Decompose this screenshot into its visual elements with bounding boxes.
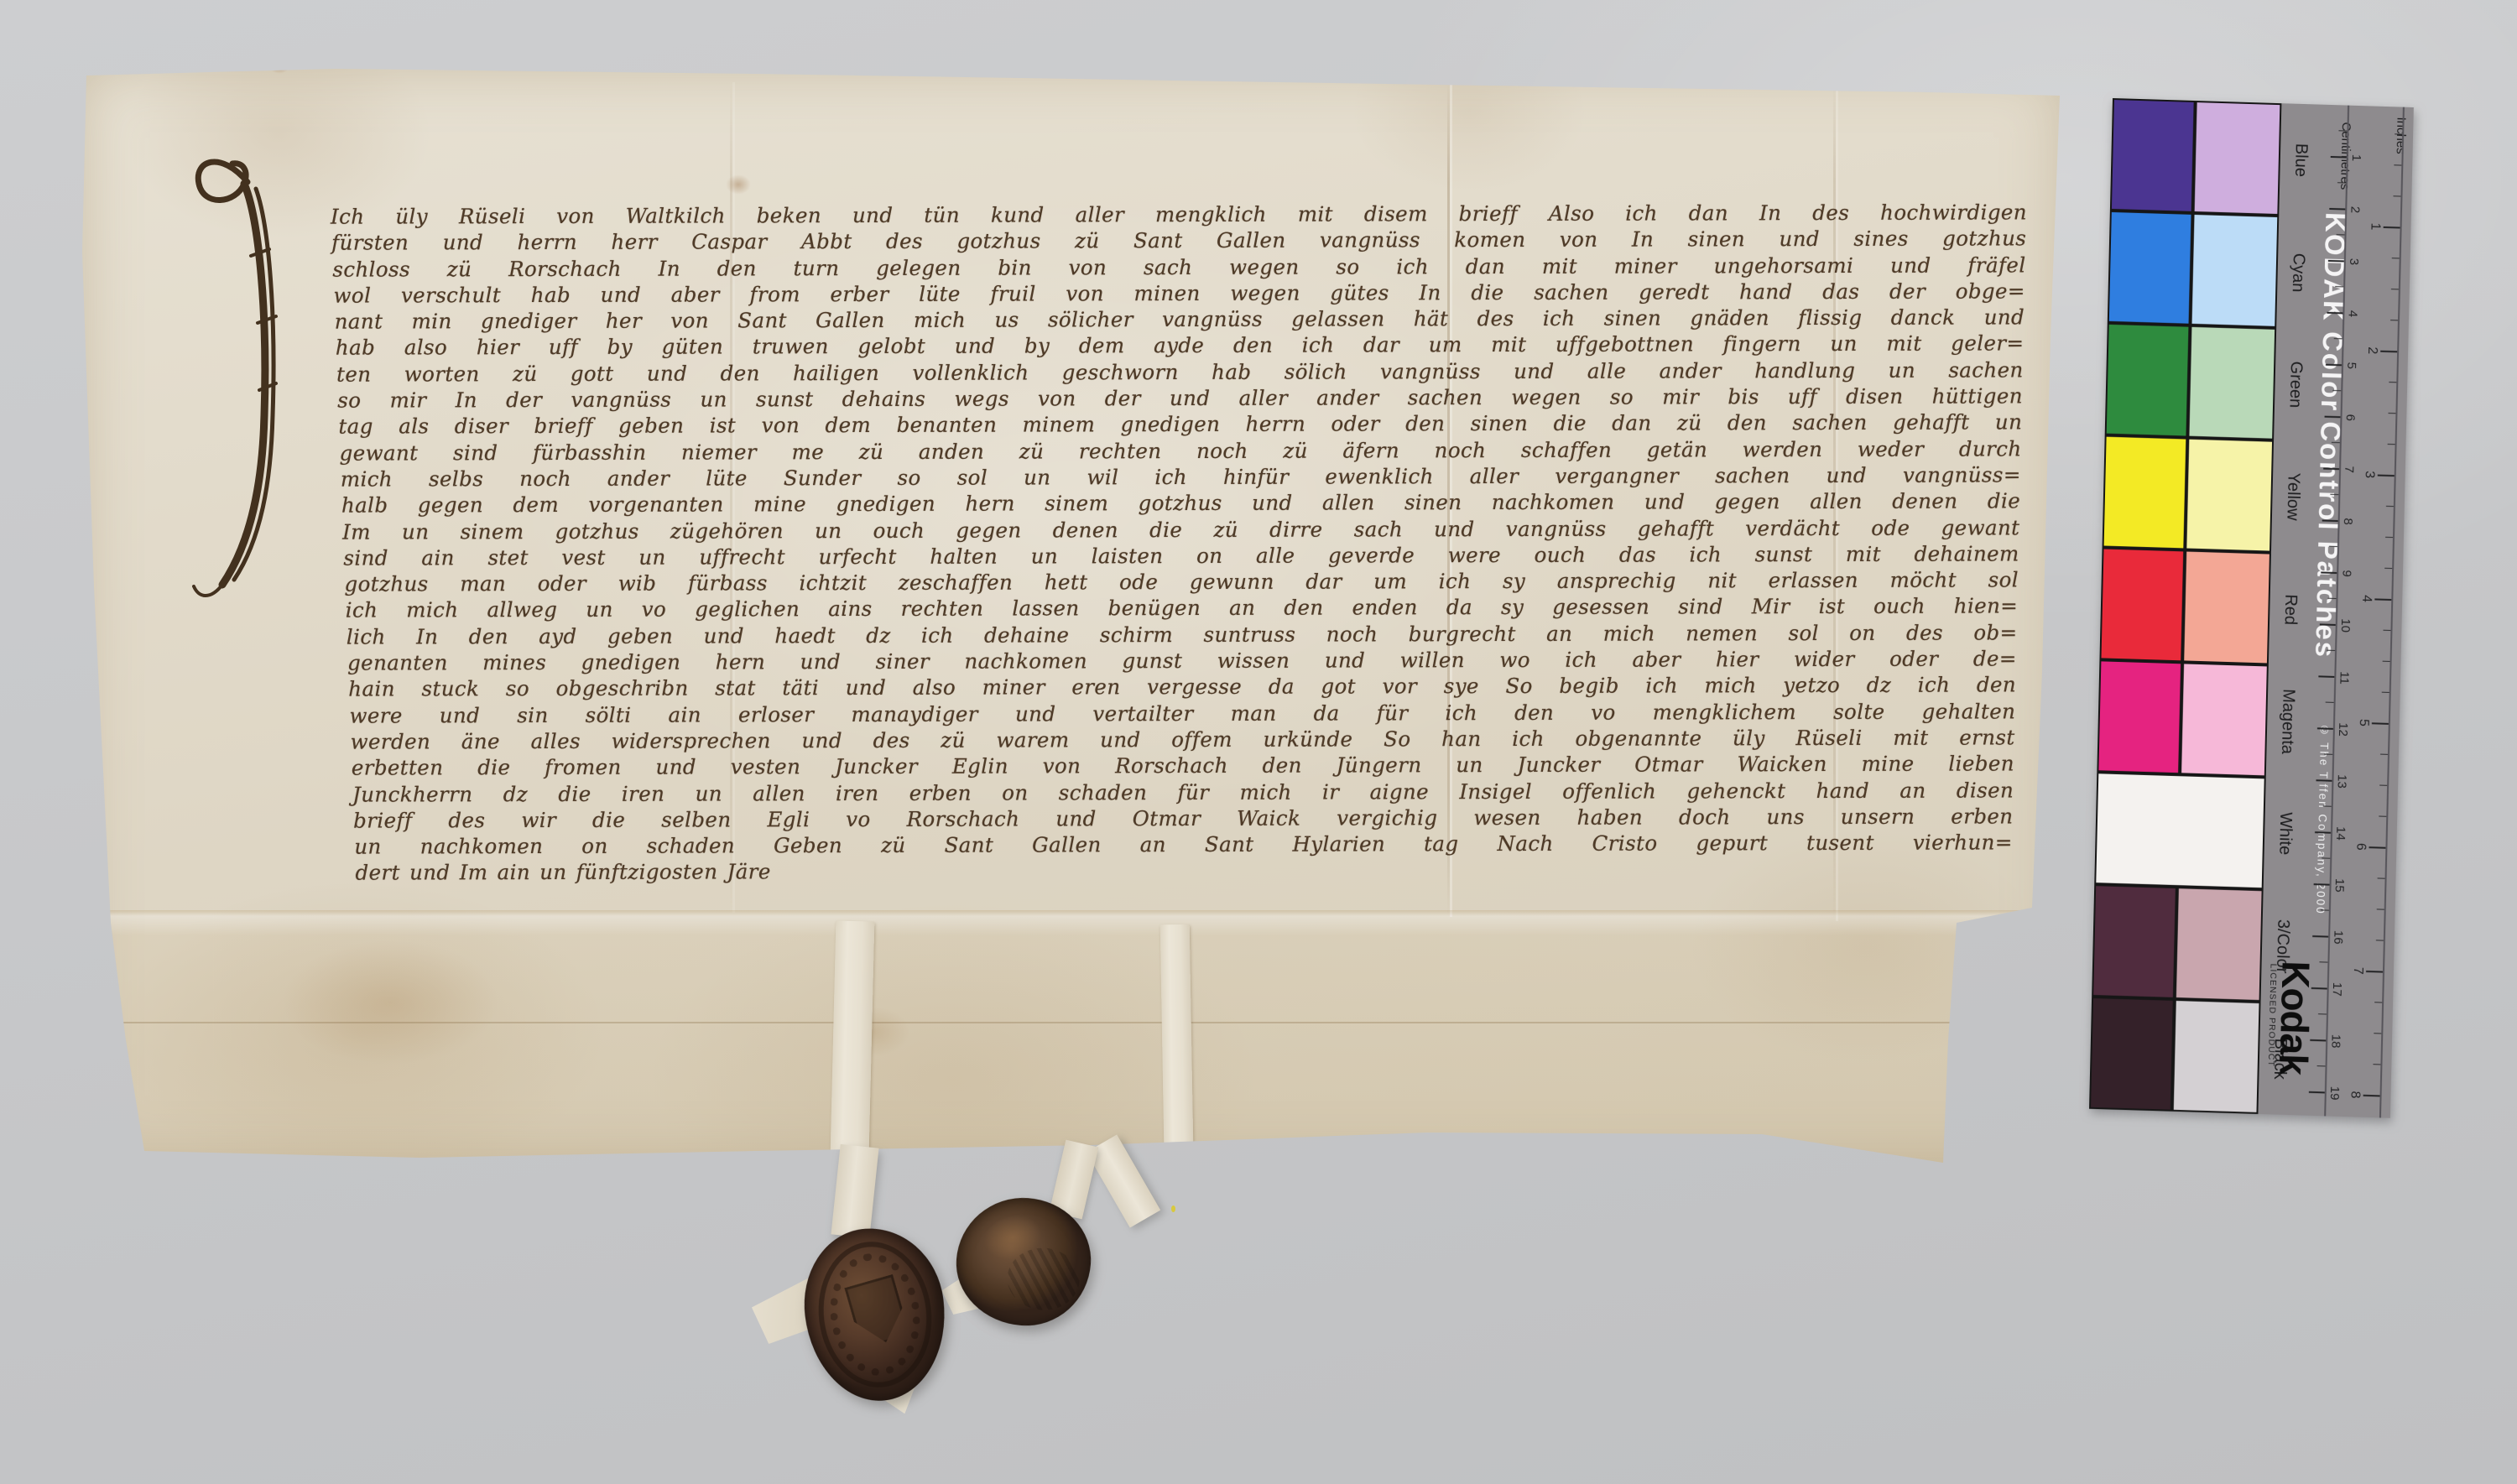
inch-quarter-tick: [2395, 133, 2402, 135]
cm-number-label: 7: [2342, 466, 2356, 474]
inch-quarter-tick: [2384, 568, 2392, 570]
inch-quarter-tick: [2388, 444, 2395, 445]
cm-number: 15: [2332, 874, 2348, 897]
cm-number: 7: [2342, 459, 2358, 482]
patch-magenta-tint: [2181, 664, 2267, 775]
cm-tick: [2309, 1091, 2325, 1093]
charter-text-line: ich mich allweg un vo geglichen ains rec…: [331, 593, 2028, 624]
patch-grid: [2089, 98, 2281, 1114]
cm-number-label: 12: [2336, 722, 2350, 737]
cm-half-tick: [2317, 1065, 2326, 1067]
cm-half-tick: [2323, 805, 2332, 807]
cm-number-label: 9: [2339, 570, 2353, 577]
seal-tag-strip-left: [831, 920, 875, 1154]
cm-number-label: 10: [2338, 618, 2353, 633]
cm-number-label: 17: [2329, 982, 2343, 997]
cm-number: 10: [2337, 615, 2353, 638]
color-name-label: Green: [2285, 361, 2305, 408]
color-name-slot-white: White: [2265, 777, 2305, 890]
patch-black-saturated: [2091, 998, 2173, 1110]
inch-number: 7: [2350, 960, 2366, 982]
cm-half-tick: [2321, 909, 2329, 911]
patch-magenta-saturated: [2098, 661, 2181, 773]
cm-half-tick: [2337, 234, 2345, 236]
cm-number-label: 4: [2345, 310, 2359, 318]
inches-label: Inches: [2391, 117, 2409, 154]
inch-quarter-tick: [2373, 1064, 2380, 1065]
color-name-label: Red: [2280, 594, 2300, 625]
cm-half-tick: [2319, 961, 2327, 963]
cm-number-label: 11: [2337, 671, 2351, 685]
inch-number-label: 3: [2362, 471, 2377, 478]
inch-number-label: 1: [2368, 222, 2383, 230]
color-name-label: Blue: [2290, 143, 2311, 178]
inch-number-label: 8: [2348, 1091, 2363, 1098]
inch-quarter-tick: [2393, 195, 2400, 197]
charter-text-line: dert und Im ain un fünftzigosten Järe: [332, 856, 2029, 887]
cm-tick: [2329, 207, 2345, 210]
inch-quarter-tick: [2379, 784, 2387, 786]
inch-quarter-tick: [2392, 258, 2400, 259]
parchment-charter: Ich üly Rüseli von Waltkilch beken und t…: [80, 67, 2064, 1166]
seal-tag-strip-right: [1160, 924, 1194, 1145]
charter-text-line: Im un sinem gotzhus zügehören un ouch ge…: [331, 514, 2028, 545]
inch-quarter-tick: [2374, 1033, 2381, 1034]
inch-number: 5: [2356, 711, 2372, 734]
charter-text-line: Junckherrn dz die iren un allen iren erb…: [332, 777, 2029, 808]
cm-half-tick: [2334, 338, 2342, 340]
inch-quarter-tick: [2374, 1002, 2382, 1003]
color-name-label: Magenta: [2277, 689, 2298, 754]
stain-spot: [726, 174, 751, 195]
cm-tick: [2318, 675, 2334, 678]
color-name-slot-yellow: Yellow: [2273, 440, 2312, 554]
cm-number-label: 6: [2342, 414, 2357, 422]
charter-text-line: were und sin sölti ain erloser manaydige…: [331, 698, 2028, 729]
cm-tick: [2312, 935, 2328, 938]
cm-number-label: 19: [2327, 1086, 2342, 1101]
patch-green-saturated: [2107, 325, 2189, 436]
cm-half-tick: [2332, 442, 2340, 444]
inch-tick: [2368, 846, 2385, 849]
inch-quarter-tick: [2391, 289, 2399, 290]
charter-text-line: hain stuck so obgeschribn stat täti und …: [331, 672, 2028, 703]
stain-spot: [1389, 62, 1407, 77]
cm-half-tick: [2326, 701, 2334, 703]
cm-number-label: 13: [2334, 774, 2348, 789]
inch-quarter-tick: [2389, 382, 2396, 383]
patch-cyan-tint: [2192, 215, 2278, 326]
color-name-label: Yellow: [2282, 473, 2302, 522]
inch-quarter-tick: [2388, 413, 2395, 414]
charter-text-line: fürsten und herrn herr Caspar Abbt des g…: [331, 226, 2027, 257]
cm-half-tick: [2332, 390, 2341, 392]
cm-number: 18: [2328, 1030, 2344, 1053]
cm-number: 4: [2345, 303, 2361, 325]
charter-text-line: schloss zü Rorschach In den turn gelegen…: [331, 252, 2027, 283]
inch-number: 4: [2358, 587, 2374, 610]
color-name-slot-blue: Blue: [2280, 103, 2320, 216]
cm-number: 19: [2327, 1082, 2343, 1105]
inch-quarter-tick: [2385, 537, 2393, 539]
inch-number-label: 2: [2364, 346, 2379, 354]
cm-number: 16: [2331, 926, 2347, 949]
charter-text-line: gewant sind fürbasshin niemer me zü ande…: [331, 435, 2028, 466]
color-name-label: White: [2275, 812, 2295, 856]
inch-number-label: 6: [2353, 843, 2368, 851]
cm-half-tick: [2335, 286, 2343, 288]
cm-half-tick: [2337, 182, 2346, 184]
inch-quarter-tick: [2379, 815, 2386, 817]
cm-number: 17: [2329, 978, 2345, 1001]
inch-quarter-tick: [2378, 877, 2385, 879]
cm-number-label: 3: [2347, 258, 2361, 266]
inch-number: 1: [2367, 216, 2383, 238]
inch-quarter-tick: [2390, 320, 2398, 321]
kodak-color-card: BlueCyanGreenYellowRedMagentaWhite3/Colo…: [2089, 98, 2414, 1118]
charter-text-block: Ich üly Rüseli von Waltkilch beken und t…: [331, 199, 2029, 886]
kodak-logo: Kodak: [2277, 961, 2318, 1075]
cm-half-tick: [2330, 494, 2338, 496]
cm-number: 2: [2348, 199, 2363, 221]
inch-tick: [2372, 722, 2389, 725]
inch-number-label: 5: [2356, 719, 2371, 726]
stain-spot: [268, 55, 290, 74]
cm-number: 6: [2342, 407, 2358, 430]
inch-number: 6: [2353, 836, 2368, 858]
patch-3/color-saturated: [2093, 886, 2176, 997]
patch-white-full: [2096, 773, 2264, 888]
patch-yellow-saturated: [2104, 437, 2186, 549]
charter-text-line: un nachkomen on schaden Geben zü Sant Ga…: [332, 829, 2029, 860]
inch-tick: [2378, 474, 2395, 476]
charter-text-line: erbetten die fromen und vesten Juncker E…: [332, 751, 2029, 782]
patch-cyan-saturated: [2109, 212, 2191, 324]
patch-black-tint: [2174, 1001, 2259, 1112]
inch-quarter-tick: [2382, 691, 2389, 693]
inch-number: 3: [2362, 463, 2378, 486]
inch-tick: [2366, 970, 2383, 972]
patch-3/color-tint: [2176, 888, 2262, 1000]
patch-yellow-tint: [2186, 440, 2272, 551]
cm-number-label: 18: [2328, 1034, 2342, 1049]
cm-number-label: 2: [2348, 206, 2362, 214]
cm-number-label: 8: [2341, 518, 2355, 526]
patch-red-tint: [2184, 552, 2269, 664]
inch-quarter-tick: [2377, 909, 2384, 910]
cm-number: 9: [2339, 563, 2355, 586]
decorated-initial-I: [189, 138, 340, 625]
inch-tick: [2380, 350, 2397, 352]
patch-red-saturated: [2101, 549, 2183, 661]
charter-text-line: hab also hier uff by güten truwen gelobt…: [331, 331, 2027, 362]
cm-number-label: 14: [2333, 826, 2348, 841]
color-name-slot-cyan: Cyan: [2278, 216, 2317, 329]
cm-number: 13: [2334, 770, 2350, 793]
cm-half-tick: [2338, 130, 2347, 132]
cm-number-label: 5: [2344, 362, 2358, 370]
patch-blue-saturated: [2112, 100, 2194, 211]
cm-number: 3: [2347, 251, 2363, 273]
seal-tag-left-hanging: [831, 1144, 878, 1238]
cm-half-tick: [2329, 546, 2337, 548]
cm-half-tick: [2327, 649, 2335, 651]
cm-number: 12: [2336, 718, 2352, 741]
cm-half-tick: [2328, 597, 2337, 599]
cm-half-tick: [2318, 1013, 2327, 1015]
inch-number: 2: [2364, 340, 2380, 362]
charter-text-line: halb gegen dem vorgenanten mine gnedigen…: [331, 488, 2028, 519]
inch-quarter-tick: [2383, 660, 2390, 662]
inch-quarter-tick: [2394, 164, 2401, 166]
inch-number: 8: [2347, 1084, 2363, 1106]
card-copyright: © The Tiffen Company, 2000: [2310, 723, 2331, 915]
inch-quarter-tick: [2380, 753, 2388, 755]
cm-number-label: 1: [2349, 154, 2363, 162]
cm-tick: [2331, 155, 2347, 158]
inch-number-label: 4: [2358, 595, 2374, 602]
inch-quarter-tick: [2386, 506, 2394, 508]
cm-number: 11: [2337, 667, 2353, 690]
color-name-slot-red: Red: [2270, 553, 2310, 666]
cm-number: 5: [2344, 355, 2360, 378]
cm-number: 8: [2340, 511, 2356, 534]
color-name-label: Cyan: [2288, 253, 2308, 292]
inch-tick: [2374, 598, 2391, 601]
inch-quarter-tick: [2383, 629, 2390, 631]
photo-scene: Ich üly Rüseli von Waltkilch beken und t…: [0, 0, 2517, 1484]
cm-number-label: 15: [2332, 878, 2346, 893]
cm-number: 14: [2333, 822, 2349, 845]
cm-number-label: 16: [2331, 930, 2345, 945]
patch-green-tint: [2189, 327, 2275, 439]
inch-tick: [2363, 1094, 2380, 1096]
inch-tick: [2384, 226, 2400, 228]
wax-seal-left: [795, 1221, 955, 1409]
plica-crease-line: [105, 1022, 2009, 1023]
cm-half-tick: [2324, 753, 2332, 755]
cm-half-tick: [2322, 857, 2330, 859]
charter-text-line: tag als diser brieff geben ist von dem b…: [331, 409, 2028, 440]
yellow-speck: [1171, 1205, 1175, 1212]
plica-fold: [80, 910, 2064, 1166]
patch-blue-tint: [2195, 102, 2280, 214]
color-name-slot-magenta: Magenta: [2268, 665, 2307, 778]
cm-number: 1: [2348, 147, 2364, 169]
licensed-product-text: LICENSED PRODUCT: [2264, 963, 2279, 1067]
card-label-strip: BlueCyanGreenYellowRedMagentaWhite3/Colo…: [2258, 103, 2414, 1118]
color-name-slot-green: Green: [2275, 328, 2315, 441]
inch-quarter-tick: [2376, 940, 2384, 941]
inch-number-label: 7: [2350, 966, 2365, 974]
